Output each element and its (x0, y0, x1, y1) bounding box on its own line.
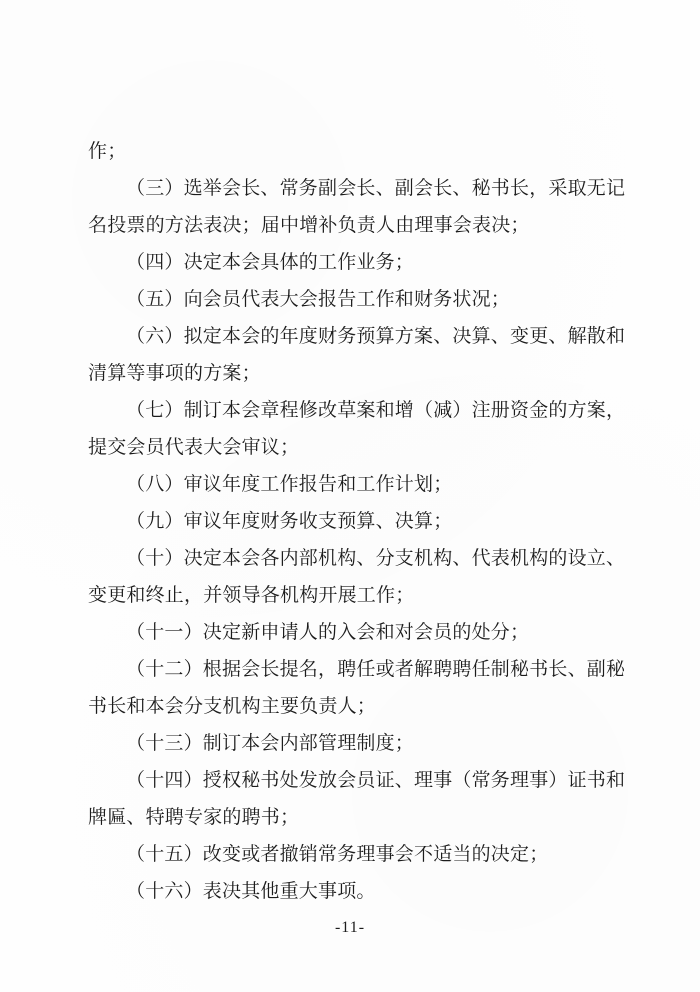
text-line: （十六）表决其他重大事项。 (88, 873, 624, 910)
text-line: 清算等事项的方案； (88, 355, 624, 392)
text-line: （十一）决定新申请人的入会和对会员的处分； (88, 614, 624, 651)
text-line: 变更和终止，并领导各机构开展工作； (88, 577, 624, 614)
text-line: （十四）授权秘书处发放会员证、理事（常务理事）证书和 (88, 762, 624, 799)
text-line: （十）决定本会各内部机构、分支机构、代表机构的设立、 (88, 540, 624, 577)
text-line: （十三）制订本会内部管理制度； (88, 725, 624, 762)
page-number: -11- (0, 916, 700, 940)
text-line: （四）决定本会具体的工作业务； (88, 244, 624, 281)
text-line: （九）审议年度财务收支预算、决算； (88, 503, 624, 540)
text-line: 牌匾、特聘专家的聘书； (88, 799, 624, 836)
text-line: （五）向会员代表大会报告工作和财务状况； (88, 281, 624, 318)
text-line: （七）制订本会章程修改草案和增（减）注册资金的方案， (88, 392, 624, 429)
text-line: （十五）改变或者撤销常务理事会不适当的决定； (88, 836, 624, 873)
document-page: 作；（三）选举会长、常务副会长、副会长、秘书长，采取无记名投票的方法表决；届中增… (0, 0, 700, 992)
text-line: 作； (88, 133, 624, 170)
text-line: 提交会员代表大会审议； (88, 429, 624, 466)
text-line: （十二）根据会长提名，聘任或者解聘聘任制秘书长、副秘 (88, 651, 624, 688)
body-text-block: 作；（三）选举会长、常务副会长、副会长、秘书长，采取无记名投票的方法表决；届中增… (88, 133, 624, 910)
text-line: 书长和本会分支机构主要负责人； (88, 688, 624, 725)
text-line: （六）拟定本会的年度财务预算方案、决算、变更、解散和 (88, 318, 624, 355)
text-line: 名投票的方法表决；届中增补负责人由理事会表决； (88, 207, 624, 244)
text-line: （三）选举会长、常务副会长、副会长、秘书长，采取无记 (88, 170, 624, 207)
text-line: （八）审议年度工作报告和工作计划； (88, 466, 624, 503)
